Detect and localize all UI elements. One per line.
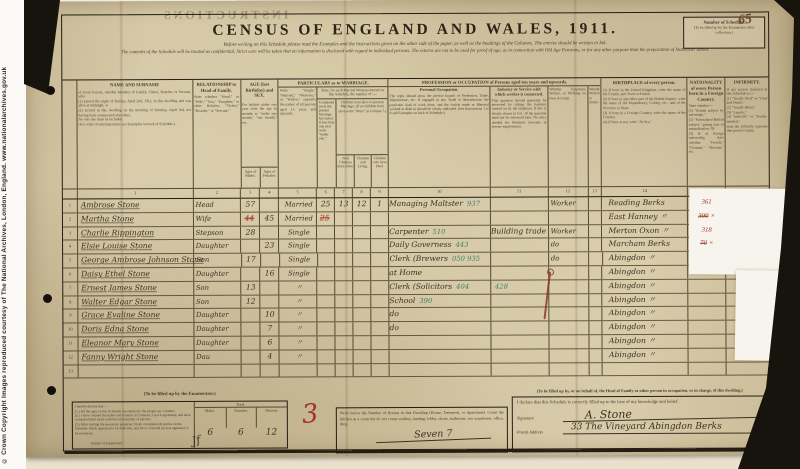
row-number: 2 [63, 213, 77, 226]
rooms-value: Seven 7 [376, 427, 491, 443]
header-infirmity: INFIRMITY. If any person included in thi… [724, 77, 768, 185]
row-number: 8 [63, 296, 77, 309]
cell-occupation [389, 336, 491, 349]
children-subgroup: Children born alive to present Marriage.… [336, 99, 388, 187]
strip-cell: 4 [259, 189, 278, 198]
postal-address: 33 The Vineyard Abingdon Berks [563, 423, 763, 435]
cell-worker-status [548, 363, 588, 376]
cell-marriage: 〃 [279, 350, 317, 363]
cell-at-home [588, 335, 602, 348]
cell-children-born [335, 364, 353, 377]
cell-years-married [317, 364, 335, 377]
cell-children-born: 13 [334, 198, 352, 211]
cell-nationality-code [687, 266, 725, 279]
punch-hole [47, 386, 56, 395]
row-number: 3 [63, 227, 77, 240]
cell-nationality-code [688, 307, 726, 320]
red-annotation-3: 3 [300, 399, 319, 430]
cell-children-living [352, 295, 370, 308]
col-title-nationality: NATIONALITY of every Person born in a Fo… [689, 80, 724, 102]
cell-occupation [388, 211, 490, 224]
cell-children-living [353, 253, 371, 266]
cell-age-females [259, 199, 278, 212]
cell-age-males: 17 [241, 254, 260, 267]
cell-marriage: 〃 [279, 336, 317, 349]
cell-children-born [335, 336, 353, 349]
rooms-box: Write below the Number of Rooms in this … [336, 407, 508, 454]
cell-nationality-code: 300× [687, 210, 725, 223]
cell-age-females [260, 295, 279, 308]
cell-marriage: Single [279, 254, 317, 267]
cell-age-males [241, 337, 260, 350]
table-rows: 1Ambrose StoneHead57Married2513121Managi… [63, 196, 770, 378]
cell-name: Grace Evaline Stone [77, 309, 193, 322]
cell-years-married [317, 336, 335, 349]
cell-name: Elsie Louise Stone [77, 240, 193, 253]
form-header: CENSUS OF ENGLAND AND WALES, 1911. Befor… [62, 12, 768, 79]
cell-industry [490, 294, 548, 307]
cell-relationship: Son [193, 295, 241, 308]
address-label: Postal Address [517, 430, 563, 435]
cell-occupation: at Home [388, 267, 490, 280]
cell-children-living [353, 309, 371, 322]
strip-cell: 12 [547, 187, 587, 196]
row-number: 4 [63, 241, 77, 254]
census-form-paper: INSTRUCTIONS CENSUS OF ENGLAND AND WALES… [23, 0, 796, 458]
cell-marriage: 〃 [279, 309, 317, 322]
cell-nationality-code: 361 [687, 197, 725, 210]
cell-relationship: Wife [193, 213, 241, 226]
cell-worker-status [548, 321, 588, 334]
cell-at-home [588, 252, 602, 265]
cell-children-living [353, 336, 371, 349]
cell-relationship: Daughter [193, 309, 241, 322]
marriage-subgroup: State, for each Married Woman entered on… [317, 87, 388, 187]
cell-relationship: Dau [193, 351, 241, 364]
cell-relationship [193, 364, 241, 377]
cell-industry [490, 308, 548, 321]
enumerator-heading: (To be filled up by the Enumerator.) [72, 392, 288, 398]
cell-occupation: Managing Maltster937 [388, 198, 490, 211]
col-employer-worker: Whether Employer, Worker, or Working on … [547, 86, 587, 186]
instruction-line-2: The contents of the Schedule will be tre… [90, 48, 740, 57]
copyright-band: © Crown Copyright Images reproduced cour… [0, 0, 26, 469]
persons-label: Persons. [256, 408, 287, 428]
declaration-statement: I declare that this Schedule is correctl… [517, 399, 763, 406]
females-total: 6 [225, 428, 256, 448]
cell-name: Walter Edgar Stone [77, 296, 193, 309]
cell-years-married [317, 309, 335, 322]
cell-age-females: 4 [260, 350, 279, 363]
col-title-infirmity: INFIRMITY. [726, 79, 767, 85]
cell-name: Doris Edna Stone [77, 323, 193, 336]
cell-marriage: Married [278, 212, 316, 225]
col-industry: Industry or Service with which worker is… [490, 86, 548, 186]
cell-age-males: 44 [240, 212, 259, 225]
cell-birthplace: Abingdon 〃 [602, 349, 688, 362]
cell-birthplace: Reading Berks [601, 197, 687, 210]
signature-label: Signature [517, 416, 563, 421]
row-number: 11 [63, 337, 77, 350]
cell-marriage: Single [279, 267, 317, 280]
age-subcolumns: Ages of Males. Ages of Females. [241, 167, 278, 188]
cell-at-home [588, 321, 602, 334]
strip-cell: 14 [601, 187, 687, 196]
strip-cell: 11 [490, 187, 548, 196]
cell-years-married [317, 295, 335, 308]
cell-industry [490, 363, 548, 376]
cell-at-home [588, 294, 602, 307]
col-title-relationship: RELATIONSHIP to Head of Family. [194, 82, 239, 93]
cell-relationship: Son [193, 254, 241, 267]
row-number: 10 [63, 324, 77, 337]
cell-nationality-code [687, 252, 725, 265]
cell-name: Eleanor Mary Stone [77, 337, 193, 350]
cell-industry [490, 211, 548, 224]
cell-age-males: 28 [240, 226, 259, 239]
schedule-number-value: 65 [737, 12, 753, 29]
cell-children-died [371, 364, 389, 377]
col-title-name: NAME AND SURNAME [78, 82, 191, 88]
cell-birthplace: Marcham Berks [602, 238, 688, 251]
strip-cell: 9 [370, 188, 388, 197]
schedule-number-box: Number of Schedule. (To be filled up by … [683, 16, 765, 48]
cell-relationship: Daughter [193, 268, 241, 281]
cell-worker-status [548, 211, 588, 224]
cell-years-married [317, 322, 335, 335]
cell-marriage: Single [278, 240, 316, 253]
form-footer: (To be filled up by the Enumerator.) I h… [64, 376, 770, 463]
cell-name: Charlie Rippington [77, 227, 193, 240]
strip-cell: 13 [587, 187, 601, 196]
cell-children-born [335, 295, 353, 308]
strip-cell: 1 [77, 189, 193, 199]
cell-children-died [370, 212, 388, 225]
cell-occupation [389, 363, 491, 376]
cell-at-home [587, 197, 601, 210]
header-birthplace: BIRTHPLACE of every person. (1) If born … [601, 78, 687, 186]
col-desc-age: For Infants under one year state the age… [241, 101, 278, 126]
cell-birthplace: Abingdon 〃 [602, 280, 688, 293]
cell-industry [490, 266, 548, 279]
col-children-living: Children still Living. [354, 155, 371, 187]
cell-children-living [352, 240, 370, 253]
cell-birthplace: Abingdon 〃 [602, 252, 688, 265]
strip-cell [63, 189, 77, 198]
cell-children-born [334, 281, 352, 294]
cell-children-died [371, 336, 389, 349]
cell-at-home [588, 280, 602, 293]
rooms-heading: Write below the Number of Rooms in this … [340, 410, 504, 426]
cell-children-born [335, 350, 353, 363]
cell-birthplace [602, 362, 688, 375]
col-children-died: Children who have Died. [371, 155, 388, 187]
cell-age-females [259, 226, 278, 239]
census-table: NAME AND SURNAME of every Person, whethe… [62, 76, 769, 378]
cell-children-living [352, 281, 370, 294]
cell-name: Fanny Wright Stone [77, 351, 193, 364]
children-note: Children born alive to present Marriage.… [337, 99, 388, 155]
cell-occupation: Carpenter510 [388, 225, 490, 238]
cell-name [78, 365, 194, 378]
cell-children-born [335, 309, 353, 322]
cell-industry: Building trade [490, 225, 548, 238]
cell-at-home [588, 349, 602, 362]
cell-children-died [370, 267, 388, 280]
cell-children-died [370, 226, 388, 239]
col-years-married: Completed years the present Marriage has… [318, 99, 336, 187]
table-header: NAME AND SURNAME of every Person, whethe… [62, 77, 768, 188]
cell-industry [490, 239, 548, 252]
declaration-heading: (To be filled up by, or on behalf of, th… [512, 388, 768, 394]
strip-cell: 5 [278, 188, 316, 197]
cell-marriage [279, 364, 317, 377]
enumerator-box: I hereby declare that :— (1.) All the ag… [72, 401, 288, 450]
cell-relationship: Daughter [193, 323, 241, 336]
cell-name: Ernest James Stone [77, 282, 193, 295]
cell-nationality-code [688, 362, 726, 375]
cell-age-males [241, 364, 260, 377]
cell-nationality-code [688, 348, 726, 361]
cell-children-born [334, 240, 352, 253]
row-number: 13 [64, 365, 78, 378]
cell-worker-status [548, 335, 588, 348]
cell-relationship: Son [193, 282, 241, 295]
strip-cell: 3 [240, 189, 259, 198]
cell-years-married [317, 281, 335, 294]
cell-children-living [352, 267, 370, 280]
cell-age-females: 45 [259, 212, 278, 225]
archive-white-patch [735, 270, 792, 361]
header-relationship: RELATIONSHIP to Head of Family. State wh… [192, 80, 240, 188]
cell-name: George Ambrose Johnson Stone [77, 254, 193, 267]
strip-cell: 8 [352, 188, 370, 197]
cell-nationality-code [688, 293, 726, 306]
header-name: NAME AND SURNAME of every Person, whethe… [76, 80, 192, 189]
cell-industry [490, 349, 548, 362]
cell-children-died [370, 281, 388, 294]
cell-age-females: 10 [260, 309, 279, 322]
cell-birthplace: Abingdon 〃 [602, 266, 688, 279]
cell-children-died [370, 295, 388, 308]
scanned-census-page: © Crown Copyright Images reproduced cour… [0, 0, 800, 469]
row-number: 12 [64, 351, 78, 364]
cell-worker-status [548, 308, 588, 321]
males-label: Males. [195, 408, 226, 428]
cell-years-married [316, 226, 334, 239]
cell-children-living [353, 350, 371, 363]
strip-cell: 2 [192, 189, 240, 198]
cell-nationality-code [687, 279, 725, 292]
cell-children-living [352, 212, 370, 225]
cell-age-males: 57 [240, 199, 259, 212]
cell-years-married [317, 350, 335, 363]
cell-marriage: 〃 [279, 281, 317, 294]
cell-nationality-code: 70× [687, 238, 725, 251]
cell-children-living: 12 [352, 198, 370, 211]
declaration-box: I declare that this Schedule is correctl… [512, 396, 768, 453]
cell-worker-status: Worker [548, 225, 588, 238]
cell-years-married [316, 267, 334, 280]
cell-birthplace: Abingdon 〃 [602, 307, 688, 320]
cell-worker-status [548, 349, 588, 362]
cell-occupation: Clerk (Brewers050 935 [388, 253, 490, 266]
cell-age-males [241, 350, 260, 363]
initials-label: Initials of Enumerator [91, 441, 123, 446]
cell-age-males [241, 268, 260, 281]
col-marriage-status: Write "Single," "Married," "Widower," or… [279, 87, 317, 187]
col-desc-infirmity: If any person included in this Schedule … [727, 87, 768, 133]
col-ages-males: Ages of Males. [241, 168, 260, 188]
cell-at-home [588, 363, 602, 376]
row-number: 5 [63, 255, 77, 268]
cell-occupation: School390 [388, 294, 490, 307]
header-profession-group: PROFESSION or OCCUPATION of Persons aged… [387, 78, 601, 187]
cell-occupation: do [389, 322, 491, 335]
persons-total: 12 [256, 428, 287, 448]
cell-relationship: Head [192, 199, 240, 212]
cell-marriage: 〃 [279, 295, 317, 308]
cell-years-married: 25 [316, 198, 334, 211]
cell-occupation: Clerk (Solicitors404 [388, 280, 490, 293]
totals-table: Total. Males. Females. Persons. 6 6 12 [194, 402, 287, 448]
cell-age-females: 7 [260, 323, 279, 336]
col-desc-relationship: State whether "Head," or "Wife," "Son," … [194, 95, 239, 114]
strip-cell: 10 [388, 188, 490, 197]
cell-relationship: Daughter [193, 240, 241, 253]
cell-age-females [260, 281, 279, 294]
strip-cell: 7 [334, 188, 352, 197]
cell-age-males: 13 [241, 281, 260, 294]
cell-age-females: 23 [259, 240, 278, 253]
cell-worker-status: Worker [547, 197, 587, 210]
cell-worker-status: do [548, 239, 588, 252]
strip-cell: 6 [316, 188, 334, 197]
cell-nationality-code [688, 321, 726, 334]
row-number: 7 [63, 282, 77, 295]
cell-infirmity [726, 362, 770, 375]
row-number: 1 [63, 199, 77, 212]
cell-age-males [241, 309, 260, 322]
cell-years-married [317, 254, 335, 267]
cell-age-females [260, 254, 279, 267]
col-title-age: AGE (last Birthday) and SEX. [241, 81, 278, 100]
females-label: Females. [225, 408, 256, 428]
col-personal-occupation: Personal Occupation. The reply should sh… [388, 87, 490, 187]
cell-birthplace: Abingdon 〃 [602, 335, 688, 348]
col-ages-females: Ages of Females. [260, 168, 279, 188]
cell-occupation: do [388, 308, 490, 321]
punch-hole [43, 294, 52, 303]
cell-at-home [588, 308, 602, 321]
cell-occupation [389, 349, 491, 362]
cell-occupation: Daily Governess443 [388, 239, 490, 252]
cell-age-males [241, 323, 260, 336]
cell-age-males: 12 [241, 295, 260, 308]
punch-hole [46, 86, 55, 95]
enumerator-declaration: I hereby declare that :— (1.) All the ag… [73, 402, 194, 449]
cell-children-born [334, 226, 352, 239]
cell-children-died [370, 308, 388, 321]
cell-children-died: 1 [370, 198, 388, 211]
cell-name: Daisy Ethel Stone [77, 268, 193, 281]
cell-marriage: Married [278, 198, 316, 211]
col-children-born: Total Children Born Alive. [337, 155, 354, 187]
cell-children-died [370, 253, 388, 266]
form-title: CENSUS OF ENGLAND AND WALES, 1911. [62, 12, 768, 40]
cell-industry: 428 [490, 280, 548, 293]
cell-birthplace: East Hanney 〃 [601, 211, 687, 224]
header-nationality: NATIONALITY of every Person born in a Fo… [687, 78, 725, 186]
cell-industry [490, 322, 548, 335]
cell-nationality-code [688, 335, 726, 348]
col-working-at-home: Whether Working at Home. [587, 86, 601, 186]
row-number: 6 [63, 268, 77, 281]
cell-children-living [352, 226, 370, 239]
cell-worker-status [548, 280, 588, 293]
cell-worker-status: do [548, 252, 588, 265]
census-form: CENSUS OF ENGLAND AND WALES, 1911. Befor… [61, 11, 771, 451]
cell-children-born [334, 212, 352, 225]
cell-age-females: 16 [260, 268, 279, 281]
header-marriage-group: PARTICULARS as to MARRIAGE. Write "Singl… [278, 79, 388, 187]
row-number: 9 [63, 310, 77, 323]
cell-worker-status [548, 294, 588, 307]
cell-children-living [353, 322, 371, 335]
cell-at-home [588, 225, 602, 238]
col-desc-nationality: State whether— (1) "British subject by p… [689, 104, 724, 155]
cell-children-born [334, 267, 352, 280]
cell-children-died [370, 239, 388, 252]
cell-age-males [241, 240, 260, 253]
cell-marriage: 〃 [279, 323, 317, 336]
head-signature: A. Stone [563, 406, 763, 422]
cell-children-died [371, 350, 389, 363]
cell-age-females: 6 [260, 337, 279, 350]
cell-birthplace: Abingdon 〃 [602, 293, 688, 306]
cell-industry [490, 253, 548, 266]
cell-years-married: 25 [316, 212, 334, 225]
col-desc-name: of every Person, whether Member of Famil… [78, 89, 191, 126]
cell-at-home [587, 211, 601, 224]
cell-marriage: Single [278, 226, 316, 239]
cell-at-home [588, 239, 602, 252]
header-row-number-col [62, 80, 76, 188]
header-age: AGE (last Birthday) and SEX. For Infants… [240, 80, 278, 188]
cell-at-home [588, 266, 602, 279]
cell-birthplace: Abingdon 〃 [602, 321, 688, 334]
marriage-note: State, for each Married Woman entered on… [318, 87, 388, 99]
cell-birthplace: Merton Oxon 〃 [601, 224, 687, 237]
cell-nationality-code: 318 [687, 224, 725, 237]
cell-children-living [353, 364, 371, 377]
copyright-notice: © Crown Copyright Images reproduced cour… [1, 4, 14, 464]
cell-children-born [335, 322, 353, 335]
cell-industry [490, 335, 548, 348]
cell-children-died [371, 322, 389, 335]
cell-relationship: Daughter [193, 337, 241, 350]
cell-relationship: Stepson [193, 226, 241, 239]
col-desc-birthplace: (1) If born in the United Kingdom, write… [603, 87, 686, 124]
cell-industry [490, 197, 548, 210]
cell-name: Martha Stone [77, 213, 193, 226]
cell-children-born [335, 253, 353, 266]
cell-name: Ambrose Stone [77, 199, 193, 212]
cell-years-married [316, 240, 334, 253]
cell-age-females [260, 364, 279, 377]
col-title-birthplace: BIRTHPLACE of every person. [603, 80, 686, 86]
